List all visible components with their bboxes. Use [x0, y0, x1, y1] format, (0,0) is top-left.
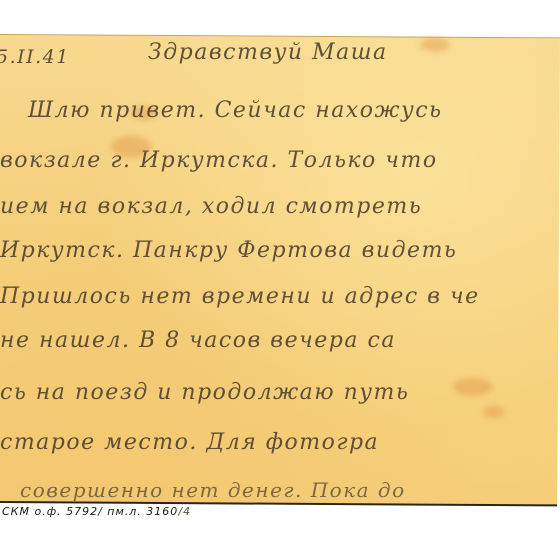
letter-line: сь на поезд и продолжаю путь — [0, 380, 409, 405]
letter-line: вокзале г. Иркутска. Только что — [0, 148, 438, 173]
letter-line: совершенно нет денег. Пока до — [20, 478, 406, 502]
stain — [453, 378, 493, 396]
letter-line: Шлю привет. Сейчас нахожусь — [28, 98, 443, 123]
letter-date: 5.II.41 — [0, 46, 70, 68]
letter-greeting: Здравствуй Маша — [148, 40, 388, 65]
stain — [483, 406, 505, 418]
letter-line: Иркутск. Панкру Фертова видеть — [0, 238, 457, 263]
archive-stamp-text: СКМ о.ф. 5792/ пм.л. 3160 — [2, 505, 178, 518]
letter-line: не нашел. В 8 часов вечера са — [0, 328, 396, 353]
archive-stamp-suffix: /4 — [178, 505, 191, 518]
letter-line: ием на вокзал, ходил смотреть — [0, 194, 422, 219]
letter-line: старое место. Для фотогра — [0, 430, 379, 455]
letter-line: Пришлось нет времени и адрес в че — [0, 284, 480, 309]
archive-stamp: СКМ о.ф. 5792/ пм.л. 3160/4 — [2, 505, 191, 518]
stain — [420, 38, 450, 52]
